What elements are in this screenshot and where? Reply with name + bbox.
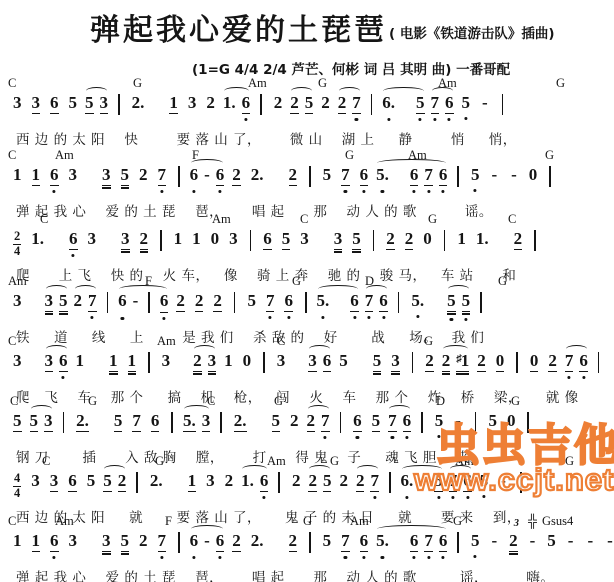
chord-label: Am [157,334,176,349]
chord-row: AmFGDG [8,274,612,287]
chord-label: G [274,394,283,409]
note: 1 [457,229,466,249]
note: 3 [391,351,400,372]
note: 1 [32,165,41,186]
note: 6 [68,471,77,492]
dash: - [204,165,210,186]
note: 1 [32,531,41,552]
note: 6 [323,351,332,372]
note: 6 [151,411,160,432]
note: 3 [229,229,238,249]
note: 1 [174,229,183,249]
note: 6 [360,531,369,552]
chord-label: C [10,394,18,409]
barline [136,472,138,493]
slur-group: 6-6 [187,165,228,186]
barline [534,230,536,251]
lyrics-line: 西 边 的 太 阳 快 要 落 山 了， 微 山 湖 上 静 悄 悄， [8,128,612,148]
note: 5 [373,351,382,372]
note: 6 [579,351,588,372]
note: 2 [289,165,298,186]
note: 6 [260,471,269,492]
note: 6 [190,165,199,186]
chord-label: G [133,76,142,91]
note: 0 [529,165,538,185]
note: 0 [243,351,252,371]
note: 2 [290,411,299,431]
slur-group: 5.6 [314,291,362,312]
note: 6. [401,471,414,492]
chord-label: Am [8,274,27,289]
music-system: CGAmGAmG3365532.1321.62252276.5765-西 边 的… [8,76,612,148]
note: 2 [356,471,365,492]
slur-group: 27 [304,411,333,432]
chord-label: F [165,514,172,529]
barline [234,292,236,313]
barline [412,352,414,373]
slur-group: 76 [428,93,457,114]
note: 3 [102,531,111,552]
note: 7 [370,471,379,492]
note: 6 [59,351,68,372]
note: 6 [410,165,419,186]
note: 7 [424,531,433,552]
slur-group: 6-6 [187,531,228,552]
slur-group: 53 [27,411,56,432]
note: 3 [202,411,211,432]
chord-label: G [318,76,327,91]
note: 5. [376,531,389,552]
note: 5 [272,411,281,432]
time-signature: 44 [13,472,21,501]
barline [389,472,391,493]
watermark: 虫虫吉他 www.ccjt.net [414,424,614,495]
chord-label: C [8,514,16,529]
note: 2 [193,351,202,372]
barline [309,166,311,187]
note: 1. [223,93,236,114]
note: 2. [234,411,247,432]
note: 3 [208,351,217,372]
note: 2 [139,165,148,185]
note: 6 [50,93,59,114]
note: 2 [176,291,185,312]
spacer [392,165,407,186]
note: 5 [339,351,348,371]
note: 2. [251,165,264,185]
note: 3 [69,165,78,185]
note: 2 [232,165,241,186]
note: 6 [360,165,369,186]
note: 3 [88,229,97,249]
barline [549,166,551,187]
note: 1 [188,471,197,492]
barline [148,352,150,373]
note: 5 [87,471,96,491]
slur-group: 53 [82,93,111,114]
note: 1 [128,351,137,372]
slur-group: 76 [362,291,391,312]
chord-label: C [300,212,308,227]
note: 5 [471,531,480,551]
chord-row: CAmCGC [8,212,612,225]
chord-label: C [277,334,285,349]
note: 5 [69,93,78,113]
chord-label: G [303,514,312,529]
note: 2. [150,471,163,491]
note: 5 [323,165,332,185]
barline [457,166,459,187]
note: 5 [13,411,22,432]
barline [340,412,342,433]
barline [107,292,109,313]
note: 5 [447,291,456,312]
note: 6 [410,531,419,552]
chord-label: C [8,334,16,349]
note: 1. [31,229,44,249]
note: 2 [195,291,204,312]
chord-label: Am [267,454,286,469]
barline [263,352,265,373]
time-signature: 24 [13,230,21,259]
slur-group: 5.676 [373,165,450,186]
barline [250,230,252,251]
note: 7 [431,93,440,114]
barline [502,94,504,115]
chord-label: D [436,394,445,409]
barline [260,94,262,115]
note: 2 [548,351,557,372]
dash: - [530,531,536,551]
note: 0 [423,229,432,249]
note: 1 [192,229,201,249]
note: 2 [477,351,486,372]
note: 3 [13,291,22,311]
note: 6 [160,291,169,313]
note: 1 [169,93,178,114]
note: 5 [59,291,68,312]
note: 7 [132,411,141,432]
note: 2 [232,531,241,552]
note: 5 [323,531,332,551]
barline [480,292,482,313]
note: 3 [334,229,343,250]
note: 6 [216,531,225,552]
dash: - [511,165,517,185]
barline [598,352,600,373]
spacer [332,291,347,312]
note: 2 [225,471,234,491]
note: 6 [190,531,199,552]
chord-row: CAmFGAmG╬Gsus4 [8,514,612,527]
note: 2 [338,93,347,114]
note: 7 [158,531,167,552]
barline [444,230,446,251]
note: 5 [323,471,332,492]
note: 5 [114,411,123,432]
note: 2 [514,229,523,250]
note: 3 [32,93,41,114]
note: 1. [241,471,254,492]
note: 3 [277,351,286,371]
note: 0 [496,351,505,372]
note: 3 [31,471,40,491]
note: 2 [425,351,434,372]
notation-line: 116335276-622.25765.6765-23-5--- [8,531,612,561]
note: 7 [565,351,574,372]
note: 7 [365,291,374,312]
sheet-page: 弹起我心爱的土琵琶 ( 电影《铁道游击队》插曲) (1=G 4/4 2/4 芦芒… [0,0,614,582]
note: 3 [45,291,54,312]
spacer [398,93,413,114]
note: 6 [50,531,59,552]
note: 2 [213,291,222,312]
chord-label: Am [350,514,369,529]
note: 5 [121,531,130,552]
barline [63,412,65,433]
slur-group: 23 [190,351,219,372]
note: 5 [103,471,112,492]
note: 7 [321,411,330,432]
chord-label: C [40,212,48,227]
note: 6 [379,291,388,312]
chord-label: G [498,274,507,289]
chord-label: Am [55,514,74,529]
slur-group: 76 [385,411,414,432]
note: 5 [352,229,361,250]
note: 5. [376,165,389,186]
barline [371,94,373,115]
note: 6 [439,165,448,186]
note: 6 [50,165,59,186]
chord-label: G [556,76,565,91]
note: 2 [139,531,148,551]
note: 2 [292,471,301,491]
slur-group: 27 [335,93,364,114]
barline [305,292,307,313]
chord-label: G [453,514,462,529]
note: 1 [13,165,22,185]
slur-group: 52 [100,471,129,492]
barline [171,412,173,433]
note: 5. [183,411,196,432]
note: 2 [405,229,414,250]
chord-label: ╬ [528,514,537,529]
chord-label: G [292,274,301,289]
chord-row: CGCGDG [8,394,612,407]
note: 5. [317,291,330,312]
note: 7 [424,165,433,186]
barline [160,230,162,251]
note: 0 [211,229,220,249]
lyrics-line: 弹 起 我 心 爱 的 土 琵 琶， 唱 起 那 动 人 的 歌 谣， 嗨。 [8,566,612,582]
note: 6 [353,411,362,432]
note: 7 [388,411,397,432]
note-with-triplet-3: 23 [509,531,518,552]
note: 2 [308,471,317,492]
dash: - [607,531,613,551]
chord-label: G [330,454,339,469]
chord-label: C [8,76,16,91]
note: 5 [471,165,480,185]
chord-label: C [8,148,16,163]
chord-label: G [545,148,554,163]
note: 6 [118,291,127,313]
note: 3 [45,351,54,372]
note: 5 [462,291,471,312]
note: 6. [382,93,395,114]
note: 2 [74,291,83,312]
note: 7 [158,165,167,186]
barline [278,472,280,493]
dash: - [568,531,574,551]
dash: - [133,291,139,313]
slur-group: 36 [305,351,334,372]
watermark-url: www.ccjt.net [414,464,614,495]
note: 3 [188,93,197,113]
note: 2 [339,471,348,491]
note: 5 [85,93,94,114]
barline [309,532,311,553]
music-system: CAmFGAmG╬Gsus4116335276-622.25765.6765-2… [8,514,612,582]
chord-label: Am [55,148,74,163]
note: 3 [44,411,53,432]
note: 6 [439,531,448,552]
slur-group: 25 [287,93,316,114]
slur-group: 5.3 [180,411,213,432]
slur-group: 76 [562,351,591,372]
note: 5 [30,411,39,432]
dash: - [204,531,210,552]
chord-label: Am [248,76,267,91]
note: 3 [300,229,309,249]
note: 3 [102,165,111,186]
note: ♯1 [456,351,469,372]
dash: - [482,93,488,113]
slur-group: 1.6 [220,93,253,114]
note: 2 [386,229,395,250]
chord-label: C [42,454,50,469]
note: 7 [88,291,97,312]
note: 6 [69,229,78,250]
note: 2 [274,93,283,113]
slur-group: 5.676 [373,531,450,552]
barline [373,230,375,251]
notation-line: 335276-62225765.6765.55 [8,291,612,321]
slur-group: 2♯1 [439,351,473,372]
note: 7 [341,531,350,552]
barline [398,292,400,313]
chord-label: C [508,212,516,227]
slur-group: 1.6 [238,471,271,492]
note: 5. [411,291,424,311]
notation-line: 241.633211036533522011.2 [8,229,612,259]
note: 2. [132,93,145,113]
slur-group: 27 [71,291,100,312]
barline [148,292,150,313]
note: 5 [121,165,130,186]
slur-group: 25 [305,471,334,492]
note: 3 [162,351,171,371]
note: 6 [350,291,359,312]
note: 3 [206,471,215,491]
chord-label: G [88,394,97,409]
note: 1 [76,351,85,371]
note: 2 [321,93,330,113]
note: 6 [445,93,454,114]
chord-row: CAmCG [8,334,612,347]
note: 5 [372,411,381,432]
music-system: CAmFGAmG116335276-622.25765.6765--0弹 起 我… [8,148,612,220]
note: 5 [282,229,291,250]
note: 3 [100,93,109,114]
note: 7 [266,291,275,312]
barline [178,166,180,187]
note: 1 [109,351,118,372]
barline [516,352,518,373]
dash: - [491,165,497,185]
dash: - [587,531,593,551]
barline [220,412,222,433]
chord-label: G [424,334,433,349]
note: 3 [50,471,59,492]
note: 2 [289,531,298,552]
note: 2. [76,411,89,432]
slur-group: 36 [42,351,71,372]
chord-label: G [345,148,354,163]
notation-line: 116335276-622.25765.6765--0 [8,165,612,195]
note: 3 [69,531,78,551]
note: 3 [13,93,22,113]
note: 1 [224,351,233,371]
chord-row: CAmFGAmG [8,148,612,161]
chord-label: G [155,454,164,469]
note: 2 [290,93,299,114]
note: 5 [547,531,556,551]
notation-line: 3365532.1321.62252276.5765- [8,93,612,123]
note: 6 [284,291,293,312]
chord-label: G [511,394,520,409]
note: 6 [263,229,272,250]
slur-group: 35 [42,291,71,312]
chord-label: G [428,212,437,227]
dash: - [491,531,497,551]
note: 2 [442,351,451,372]
note: 2 [140,229,149,250]
note: 3 [13,351,22,371]
note: 1 [13,531,22,551]
note: 7 [352,93,361,114]
note: 5 [416,93,425,114]
note: 2 [307,411,316,432]
slur-group: 55 [444,291,473,312]
barline [457,532,459,553]
note: 0 [530,351,539,372]
note: 6 [216,165,225,186]
slur-group: 6-6 [115,291,171,313]
barline [118,94,120,115]
note: 1. [476,229,489,249]
barline [178,532,180,553]
note: 2 [118,471,127,492]
note: 5 [305,93,314,114]
notation-line: 3361113231033655322♯1200276 [8,351,612,381]
note: 3 [121,229,130,250]
note: 3 [308,351,317,372]
note: 5 [462,93,471,113]
note: 2. [251,531,264,551]
chord-label: Am [212,212,231,227]
